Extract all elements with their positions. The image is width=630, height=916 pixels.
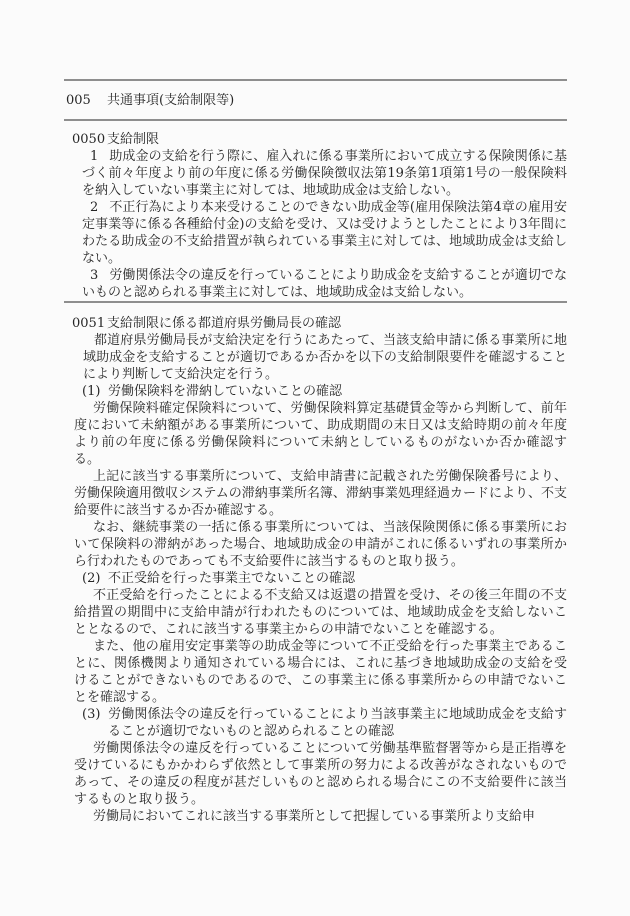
section-0050-number: 0050 (72, 131, 107, 148)
subitem-number: (1) (82, 383, 108, 400)
subitem-number: (2) (82, 570, 108, 587)
section-divider-rule (64, 301, 567, 303)
subitem-1-paragraph: 労働保険料確定保険料について、労働保険料算定基礎賃金等から判断して、前年度におい… (66, 400, 567, 468)
item-text: 不正行為により本来受けることのできない助成金等(雇用保険法第4章の雇用安定事業等… (82, 200, 567, 266)
section-0050-item-3: 3労働関係法令の違反を行っていることにより助成金を支給することが適切でないものと… (66, 267, 567, 301)
section-0051: 0051支給制限に係る都道府県労働局長の確認 都道府県労働局長が支給決定を行うに… (66, 315, 567, 825)
section-0050: 0050支給制限 1助成金の支給を行う際に、雇入れに係る事業所において成立する保… (66, 131, 567, 301)
item-text: 助成金の支給を行う際に、雇入れに係る事業所において成立する保険関係に基づく前々年… (82, 149, 567, 198)
document-page: 005共通事項(支給制限等) 0050支給制限 1助成金の支給を行う際に、雇入れ… (0, 0, 630, 916)
subitem-title: 労働関係法令の違反を行っていることにより当該事業主に地域助成金を支給することが適… (108, 707, 567, 739)
chapter-number: 005 (66, 92, 107, 109)
subitem-number: (3) (82, 706, 108, 723)
subitem-2-heading: (2)不正受給を行った事業主でないことの確認 (66, 570, 567, 587)
section-0050-item-2: 2不正行為により本来受けることのできない助成金等(雇用保険法第4章の雇用安定事業… (66, 199, 567, 267)
subitem-1-paragraph: なお、継続事業の一括に係る事業所については、当該保険関係に係る事業所において保険… (66, 519, 567, 570)
chapter-title: 共通事項(支給制限等) (107, 93, 234, 108)
item-number: 2 (90, 200, 98, 215)
item-number: 1 (90, 149, 98, 164)
subitem-1-heading: (1)労働保険料を滞納していないことの確認 (66, 383, 567, 400)
item-number: 3 (90, 268, 98, 283)
subitem-2-paragraph: また、他の雇用安定事業等の助成金等について不正受給を行った事業主であることに、関… (66, 638, 567, 706)
section-0051-intro: 都道府県労働局長が支給決定を行うにあたって、当該支給申請に係る事業所に地域助成金… (66, 332, 567, 383)
subitem-title: 労働保険料を滞納していないことの確認 (108, 384, 342, 399)
section-0050-heading: 0050支給制限 (66, 131, 567, 148)
subitem-2-paragraph: 不正受給を行ったことによる不支給又は返還の措置を受け、その後三年間の不支給措置の… (66, 587, 567, 638)
section-0051-title: 支給制限に係る都道府県労働局長の確認 (107, 316, 341, 331)
section-0050-title: 支給制限 (107, 132, 159, 147)
item-text: 労働関係法令の違反を行っていることにより助成金を支給することが適切でないものと認… (82, 268, 567, 300)
section-0050-item-1: 1助成金の支給を行う際に、雇入れに係る事業所において成立する保険関係に基づく前々… (66, 148, 567, 199)
subitem-title: 不正受給を行った事業主でないことの確認 (108, 571, 355, 586)
header-rule-bottom (64, 119, 567, 121)
subitem-3-paragraph: 労働関係法令の違反を行っていることについて労働基準監督署等から是正指導を受けてい… (66, 740, 567, 808)
subitem-3-heading: (3)労働関係法令の違反を行っていることにより当該事業主に地域助成金を支給するこ… (66, 706, 567, 740)
section-0051-heading: 0051支給制限に係る都道府県労働局長の確認 (66, 315, 567, 332)
subitem-3-paragraph: 労働局においてこれに該当する事業所として把握している事業所より支給申 (66, 808, 567, 825)
chapter-heading: 005共通事項(支給制限等) (66, 81, 630, 119)
subitem-1-paragraph: 上記に該当する事業所について、支給申請書に記載された労働保険番号により、労働保険… (66, 468, 567, 519)
section-0051-number: 0051 (72, 315, 107, 332)
